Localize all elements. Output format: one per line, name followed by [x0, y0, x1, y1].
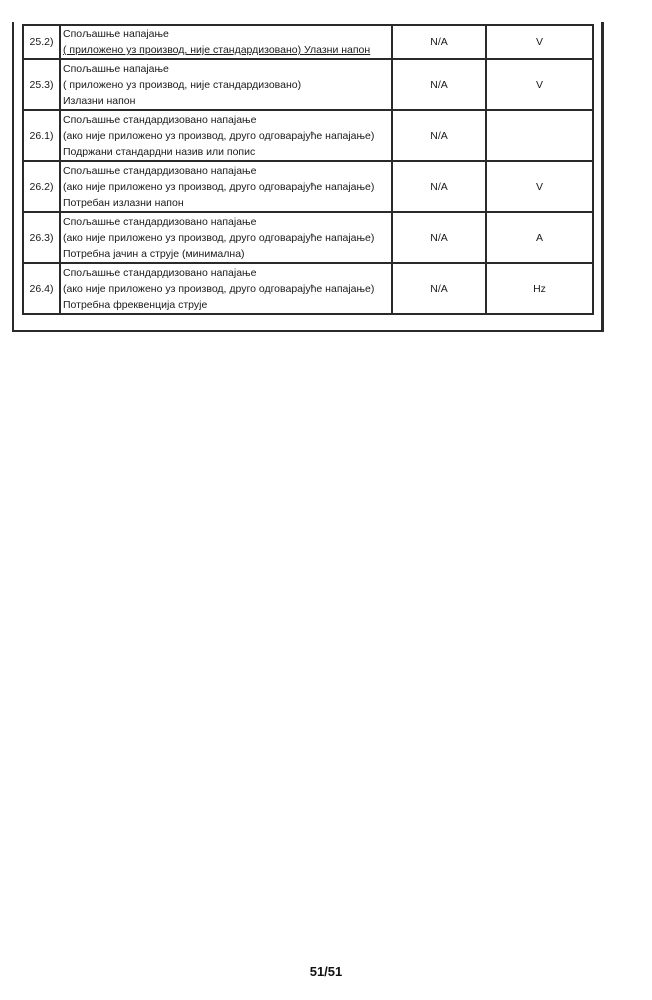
- description-line: Потребан излазни напон: [63, 195, 389, 211]
- row-number: 26.3): [23, 212, 60, 263]
- description-line: (ако није приложено уз производ, друго о…: [63, 230, 389, 246]
- row-unit: V: [486, 161, 593, 212]
- description-line: Излазни напон: [63, 93, 389, 109]
- row-unit: [486, 110, 593, 161]
- description-line: Спољашње стандардизовано напајање: [63, 214, 389, 230]
- table-row: 26.2) Спољашње стандардизовано напајање …: [23, 161, 593, 212]
- row-description: Спољашње стандардизовано напајање (ако н…: [60, 161, 392, 212]
- description-line: (ако није приложено уз производ, друго о…: [63, 281, 389, 297]
- row-value: N/A: [392, 161, 486, 212]
- description-line: Подржани стандардни назив или попис: [63, 144, 389, 160]
- row-unit: V: [486, 59, 593, 110]
- description-line: ( приложено уз производ, није стандардиз…: [63, 42, 389, 58]
- row-description: Спољашње напајање ( приложено уз произво…: [60, 25, 392, 59]
- description-line: Спољашње напајање: [63, 26, 389, 42]
- table-row: 25.3) Спољашње напајање ( приложено уз п…: [23, 59, 593, 110]
- description-line: (ако није приложено уз производ, друго о…: [63, 179, 389, 195]
- description-line: (ако није приложено уз производ, друго о…: [63, 128, 389, 144]
- row-description: Спољашње стандардизовано напајање (ако н…: [60, 110, 392, 161]
- row-unit: Hz: [486, 263, 593, 314]
- row-value: N/A: [392, 263, 486, 314]
- row-value: N/A: [392, 110, 486, 161]
- description-line: Спољашње напајање: [63, 61, 389, 77]
- description-line: Потребна фреквенција струје: [63, 297, 389, 313]
- description-line: Спољашње стандардизовано напајање: [63, 112, 389, 128]
- table-row: 25.2) Спољашње напајање ( приложено уз п…: [23, 25, 593, 59]
- description-line: Спољашње стандардизовано напајање: [63, 163, 389, 179]
- table-row: 26.4) Спољашње стандардизовано напајање …: [23, 263, 593, 314]
- page-number: 51/51: [0, 964, 652, 979]
- row-unit: A: [486, 212, 593, 263]
- row-number: 26.1): [23, 110, 60, 161]
- row-number: 26.4): [23, 263, 60, 314]
- row-value: N/A: [392, 59, 486, 110]
- description-line: Потребна јачин а струје (минимална): [63, 246, 389, 262]
- row-number: 25.2): [23, 25, 60, 59]
- row-value: N/A: [392, 25, 486, 59]
- row-description: Спољашње стандардизовано напајање (ако н…: [60, 263, 392, 314]
- description-line: Спољашње стандардизовано напајање: [63, 265, 389, 281]
- description-line: ( приложено уз производ, није стандардиз…: [63, 77, 389, 93]
- row-unit: V: [486, 25, 593, 59]
- row-number: 25.3): [23, 59, 60, 110]
- row-number: 26.2): [23, 161, 60, 212]
- row-value: N/A: [392, 212, 486, 263]
- table-row: 26.1) Спољашње стандардизовано напајање …: [23, 110, 593, 161]
- row-description: Спољашње стандардизовано напајање (ако н…: [60, 212, 392, 263]
- spec-table: 25.2) Спољашње напајање ( приложено уз п…: [22, 24, 594, 315]
- table-row: 26.3) Спољашње стандардизовано напајање …: [23, 212, 593, 263]
- row-description: Спољашње напајање ( приложено уз произво…: [60, 59, 392, 110]
